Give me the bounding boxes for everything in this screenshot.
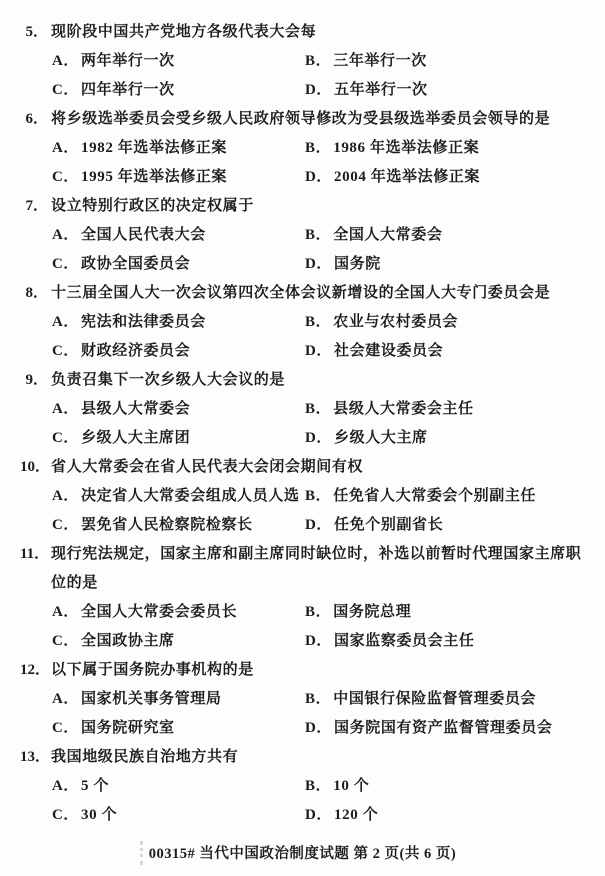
option-text: 30 个 xyxy=(81,807,117,823)
question-text: 负责召集下一次乡级人大会议的是 xyxy=(51,366,285,395)
option-text: 决定省人大常委会组成人员人选 xyxy=(81,488,299,504)
question-text: 现行宪法规定，国家主席和副主席同时缺位时，补选以前暂时代理国家主席职位的是 xyxy=(51,540,584,598)
options-grid: A．宪法和法律委员会B．农业与农村委员会C．财政经济委员会D．社会建设委员会 xyxy=(52,308,587,366)
option-text: 四年举行一次 xyxy=(81,82,175,98)
question-text: 以下属于国务院办事机构的是 xyxy=(51,656,254,685)
option-label: C． xyxy=(52,517,79,533)
option-d: D．任免个别副省长 xyxy=(305,511,587,540)
option-c: C．全国政协主席 xyxy=(52,627,305,656)
option-label: D． xyxy=(305,720,332,736)
option-label: A． xyxy=(52,53,79,69)
option-text: 10 个 xyxy=(333,778,369,794)
option-label: C． xyxy=(52,720,79,736)
option-label: B． xyxy=(305,140,331,156)
option-text: 县级人大常委会主任 xyxy=(333,401,473,417)
option-text: 1982 年选举法修正案 xyxy=(81,140,227,156)
option-d: D．国家监察委员会主任 xyxy=(305,627,587,656)
option-text: 2004 年选举法修正案 xyxy=(334,169,480,185)
options-grid: A．两年举行一次B．三年举行一次C．四年举行一次D．五年举行一次 xyxy=(52,47,587,105)
options-grid: A．决定省人大常委会组成人员人选B．任免省人大常委会个别副主任C．罢免省人民检察… xyxy=(52,482,587,540)
option-b: B．三年举行一次 xyxy=(305,47,587,76)
option-label: B． xyxy=(305,53,331,69)
option-text: 国家机关事务管理局 xyxy=(81,691,221,707)
option-a: A．全国人民代表大会 xyxy=(52,221,305,250)
question-number: 8． xyxy=(20,279,48,308)
option-c: C．政协全国委员会 xyxy=(52,250,305,279)
option-c: C．罢免省人民检察院检察长 xyxy=(52,511,305,540)
option-a: A．宪法和法律委员会 xyxy=(52,308,305,337)
options-grid: A．全国人大常委会委员长B．国务院总理C．全国政协主席D．国家监察委员会主任 xyxy=(52,598,587,656)
option-text: 120 个 xyxy=(334,807,378,823)
option-text: 县级人大常委会 xyxy=(81,401,190,417)
question-text: 十三届全国人大一次会议第四次全体会议新增设的全国人大专门委员会是 xyxy=(51,279,550,308)
option-label: A． xyxy=(52,778,79,794)
options-grid: A．国家机关事务管理局B．中国银行保险监督管理委员会C．国务院研究室D．国务院国… xyxy=(52,685,587,743)
option-text: 1995 年选举法修正案 xyxy=(81,169,227,185)
option-label: A． xyxy=(52,140,79,156)
option-d: D．五年举行一次 xyxy=(305,76,587,105)
option-label: B． xyxy=(305,604,331,620)
option-label: B． xyxy=(305,314,331,330)
question-line: 9． 负责召集下一次乡级人大会议的是 xyxy=(20,366,587,395)
option-a: A．两年举行一次 xyxy=(52,47,305,76)
question-number: 10． xyxy=(20,453,48,482)
question-item: 7． 设立特别行政区的决定权属于 A．全国人民代表大会B．全国人大常委会C．政协… xyxy=(20,192,587,279)
option-text: 全国人大常委会委员长 xyxy=(81,604,237,620)
option-label: A． xyxy=(52,604,79,620)
footer-text: 00315# 当代中国政治制度试题 第 2 页(共 6 页) xyxy=(149,846,456,862)
option-d: D．国务院国有资产监督管理委员会 xyxy=(305,714,587,743)
option-label: A． xyxy=(52,227,79,243)
option-b: B．1986 年选举法修正案 xyxy=(305,134,587,163)
option-d: D．社会建设委员会 xyxy=(305,337,587,366)
options-grid: A．1982 年选举法修正案B．1986 年选举法修正案C．1995 年选举法修… xyxy=(52,134,587,192)
option-text: 两年举行一次 xyxy=(81,53,175,69)
question-item: 12． 以下属于国务院办事机构的是 A．国家机关事务管理局B．中国银行保险监督管… xyxy=(20,656,587,743)
option-text: 财政经济委员会 xyxy=(81,343,190,359)
option-b: B．任免省人大常委会个别副主任 xyxy=(305,482,587,511)
question-number: 7． xyxy=(20,192,48,221)
question-item: 11． 现行宪法规定，国家主席和副主席同时缺位时，补选以前暂时代理国家主席职位的… xyxy=(20,540,587,656)
option-label: C． xyxy=(52,256,79,272)
option-label: D． xyxy=(305,517,332,533)
option-text: 国务院国有资产监督管理委员会 xyxy=(334,720,552,736)
option-label: A． xyxy=(52,488,79,504)
option-label: C． xyxy=(52,169,79,185)
question-text: 设立特别行政区的决定权属于 xyxy=(51,192,254,221)
question-number: 5． xyxy=(20,18,48,47)
option-label: B． xyxy=(305,227,331,243)
option-label: B． xyxy=(305,488,331,504)
option-d: D．120 个 xyxy=(305,801,587,830)
question-number: 12． xyxy=(20,656,48,685)
question-line: 12． 以下属于国务院办事机构的是 xyxy=(20,656,587,685)
option-text: 全国人大常委会 xyxy=(333,227,442,243)
option-d: D．国务院 xyxy=(305,250,587,279)
option-label: D． xyxy=(305,169,332,185)
question-text: 我国地级民族自治地方共有 xyxy=(51,743,238,772)
option-label: D． xyxy=(305,82,332,98)
option-text: 国家监察委员会主任 xyxy=(334,633,474,649)
question-text: 将乡级选举委员会受乡级人民政府领导修改为受县级选举委员会领导的是 xyxy=(51,105,550,134)
question-line: 8． 十三届全国人大一次会议第四次全体会议新增设的全国人大专门委员会是 xyxy=(20,279,587,308)
question-line: 13． 我国地级民族自治地方共有 xyxy=(20,743,587,772)
option-b: B．10 个 xyxy=(305,772,587,801)
option-a: A．5 个 xyxy=(52,772,305,801)
option-a: A．县级人大常委会 xyxy=(52,395,305,424)
option-label: B． xyxy=(305,691,331,707)
option-text: 宪法和法律委员会 xyxy=(81,314,206,330)
option-a: A．全国人大常委会委员长 xyxy=(52,598,305,627)
question-line: 5． 现阶段中国共产党地方各级代表大会每 xyxy=(20,18,587,47)
option-a: A．国家机关事务管理局 xyxy=(52,685,305,714)
question-text: 省人大常委会在省人民代表大会闭会期间有权 xyxy=(51,453,363,482)
options-grid: A．全国人民代表大会B．全国人大常委会C．政协全国委员会D．国务院 xyxy=(52,221,587,279)
option-c: C．国务院研究室 xyxy=(52,714,305,743)
option-label: D． xyxy=(305,430,332,446)
option-b: B．农业与农村委员会 xyxy=(305,308,587,337)
option-text: 政协全国委员会 xyxy=(81,256,190,272)
option-label: C． xyxy=(52,807,79,823)
option-text: 中国银行保险监督管理委员会 xyxy=(333,691,536,707)
option-c: C．1995 年选举法修正案 xyxy=(52,163,305,192)
option-b: B．国务院总理 xyxy=(305,598,587,627)
question-number: 11． xyxy=(20,540,48,569)
question-list: 5． 现阶段中国共产党地方各级代表大会每 A．两年举行一次B．三年举行一次C．四… xyxy=(20,18,587,830)
question-item: 6． 将乡级选举委员会受乡级人民政府领导修改为受县级选举委员会领导的是 A．19… xyxy=(20,105,587,192)
question-line: 6． 将乡级选举委员会受乡级人民政府领导修改为受县级选举委员会领导的是 xyxy=(20,105,587,134)
question-text: 现阶段中国共产党地方各级代表大会每 xyxy=(51,18,316,47)
option-label: C． xyxy=(52,82,79,98)
option-c: C．乡级人大主席团 xyxy=(52,424,305,453)
question-number: 6． xyxy=(20,105,48,134)
option-text: 全国政协主席 xyxy=(81,633,175,649)
option-c: C．30 个 xyxy=(52,801,305,830)
option-label: D． xyxy=(305,807,332,823)
option-a: A．1982 年选举法修正案 xyxy=(52,134,305,163)
question-item: 9． 负责召集下一次乡级人大会议的是 A．县级人大常委会B．县级人大常委会主任C… xyxy=(20,366,587,453)
option-text: 全国人民代表大会 xyxy=(81,227,206,243)
option-label: A． xyxy=(52,314,79,330)
option-label: B． xyxy=(305,401,331,417)
question-item: 8． 十三届全国人大一次会议第四次全体会议新增设的全国人大专门委员会是 A．宪法… xyxy=(20,279,587,366)
option-text: 农业与农村委员会 xyxy=(333,314,458,330)
option-label: B． xyxy=(305,778,331,794)
option-text: 1986 年选举法修正案 xyxy=(333,140,479,156)
exam-page: 5． 现阶段中国共产党地方各级代表大会每 A．两年举行一次B．三年举行一次C．四… xyxy=(0,0,605,876)
option-text: 三年举行一次 xyxy=(333,53,427,69)
option-text: 国务院 xyxy=(334,256,381,272)
option-label: C． xyxy=(52,633,79,649)
option-b: B．全国人大常委会 xyxy=(305,221,587,250)
page-footer: 00315# 当代中国政治制度试题 第 2 页(共 6 页) xyxy=(0,842,605,863)
option-text: 乡级人大主席团 xyxy=(81,430,190,446)
option-text: 国务院研究室 xyxy=(81,720,175,736)
option-c: C．四年举行一次 xyxy=(52,76,305,105)
question-number: 9． xyxy=(20,366,48,395)
question-line: 11． 现行宪法规定，国家主席和副主席同时缺位时，补选以前暂时代理国家主席职位的… xyxy=(20,540,587,598)
option-text: 5 个 xyxy=(81,778,109,794)
option-label: A． xyxy=(52,691,79,707)
question-number: 13． xyxy=(20,743,48,772)
option-d: D．乡级人大主席 xyxy=(305,424,587,453)
question-line: 10． 省人大常委会在省人民代表大会闭会期间有权 xyxy=(20,453,587,482)
options-grid: A．县级人大常委会B．县级人大常委会主任C．乡级人大主席团D．乡级人大主席 xyxy=(52,395,587,453)
option-text: 五年举行一次 xyxy=(334,82,428,98)
option-c: C．财政经济委员会 xyxy=(52,337,305,366)
option-label: C． xyxy=(52,343,79,359)
option-text: 乡级人大主席 xyxy=(334,430,428,446)
option-label: D． xyxy=(305,343,332,359)
option-text: 任免省人大常委会个别副主任 xyxy=(333,488,536,504)
question-item: 10． 省人大常委会在省人民代表大会闭会期间有权 A．决定省人大常委会组成人员人… xyxy=(20,453,587,540)
option-b: B．中国银行保险监督管理委员会 xyxy=(305,685,587,714)
question-item: 13． 我国地级民族自治地方共有 A．5 个B．10 个C．30 个D．120 … xyxy=(20,743,587,830)
question-item: 5． 现阶段中国共产党地方各级代表大会每 A．两年举行一次B．三年举行一次C．四… xyxy=(20,18,587,105)
option-label: D． xyxy=(305,256,332,272)
option-text: 国务院总理 xyxy=(333,604,411,620)
option-d: D．2004 年选举法修正案 xyxy=(305,163,587,192)
option-label: D． xyxy=(305,633,332,649)
option-text: 罢免省人民检察院检察长 xyxy=(81,517,253,533)
option-label: A． xyxy=(52,401,79,417)
option-text: 社会建设委员会 xyxy=(334,343,443,359)
option-b: B．县级人大常委会主任 xyxy=(305,395,587,424)
option-a: A．决定省人大常委会组成人员人选 xyxy=(52,482,305,511)
question-line: 7． 设立特别行政区的决定权属于 xyxy=(20,192,587,221)
options-grid: A．5 个B．10 个C．30 个D．120 个 xyxy=(52,772,587,830)
option-text: 任免个别副省长 xyxy=(334,517,443,533)
option-label: C． xyxy=(52,430,79,446)
